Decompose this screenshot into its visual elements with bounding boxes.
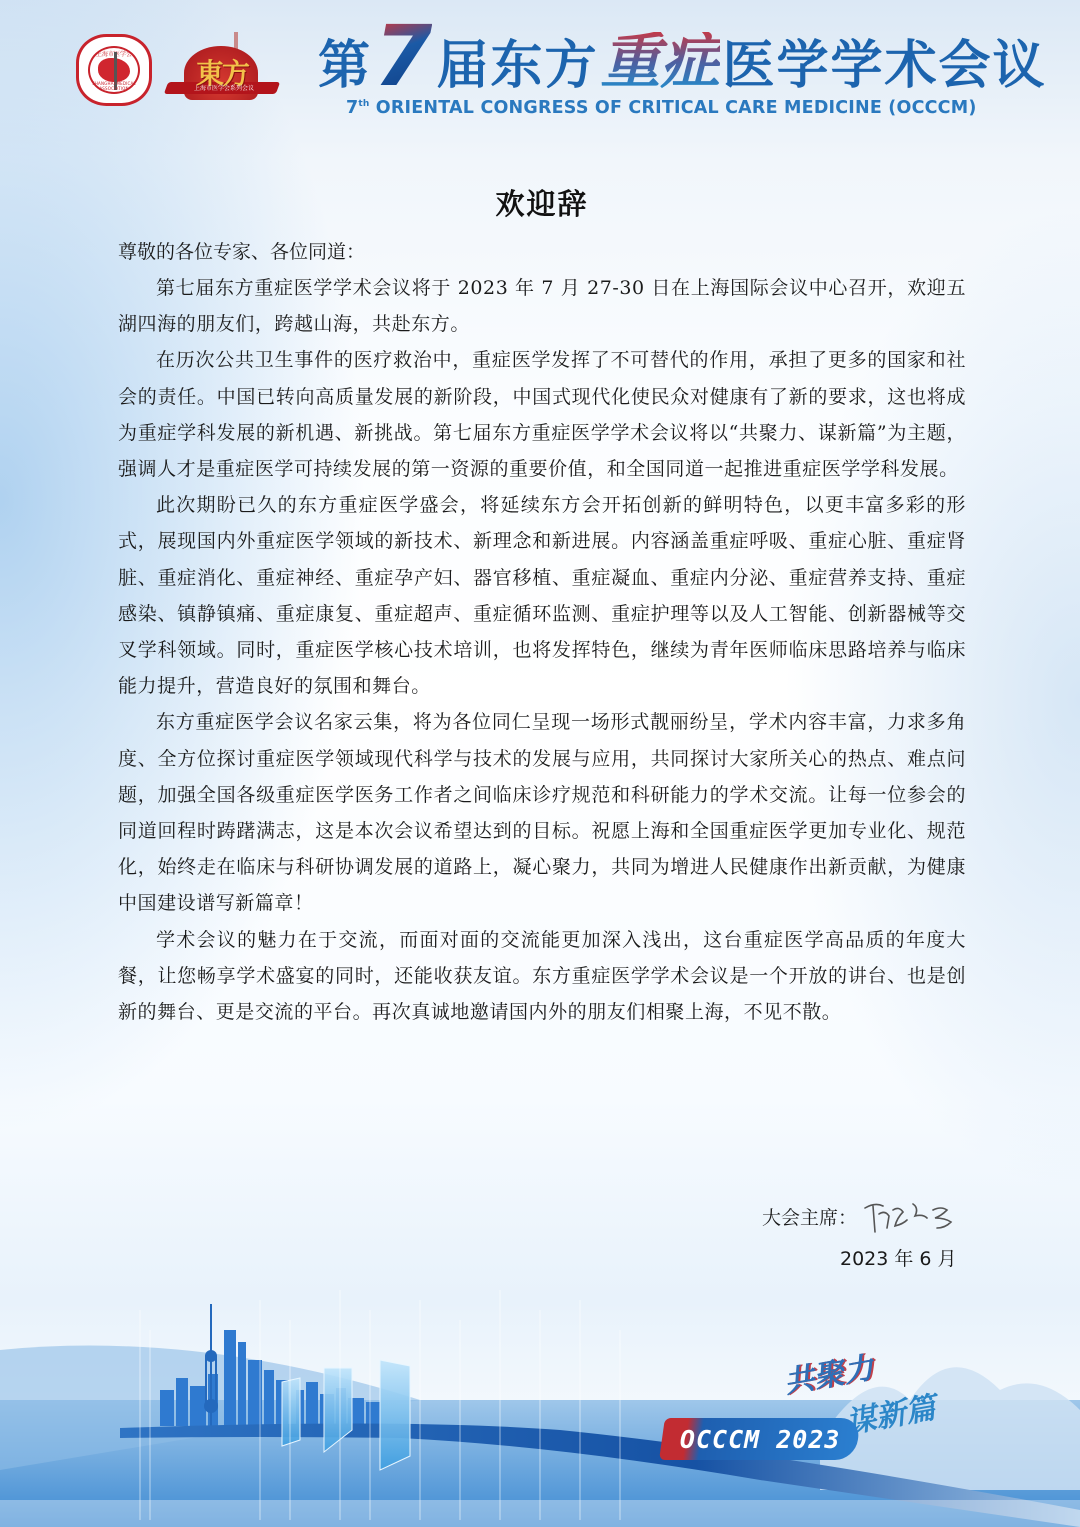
title-number: 7: [374, 21, 432, 92]
letter-date: 2023 年 6 月: [840, 1244, 992, 1271]
title-en-number: 7: [346, 98, 358, 118]
title-mid: 届东方: [436, 40, 598, 92]
title-brush-chars: 重症: [600, 32, 720, 92]
badge-text: OCCCM 2023: [680, 1425, 841, 1454]
logo-emblem: 上海市医学会 SHANGHAI MEDICAL ASSOCIATION: [88, 46, 140, 94]
letter-title: 欢迎辞: [118, 182, 966, 223]
title-prefix: 第: [318, 40, 372, 92]
conference-title-en: 7th ORIENTAL CONGRESS OF CRITICAL CARE M…: [346, 98, 977, 118]
welcome-letter: 欢迎辞 尊敬的各位专家、各位同道： 第七届东方重症医学学术会议将于 2023 年…: [118, 182, 966, 1030]
paragraph-1: 第七届东方重症医学学术会议将于 2023 年 7 月 27-30 日在上海国际会…: [118, 270, 966, 342]
dongfang-conference-logo: 東方 上海市医学会系列会议: [162, 32, 282, 104]
logo-subtitle: 上海市医学会系列会议: [174, 83, 274, 92]
title-suffix: 医学学术会议: [722, 40, 1046, 92]
signature-label: 大会主席：: [762, 1203, 857, 1230]
page-header: 上海市医学会 SHANGHAI MEDICAL ASSOCIATION 東方 上…: [0, 0, 1080, 140]
occcm-2023-badge: OCCCM 2023: [659, 1418, 861, 1460]
paragraph-3: 此次期盼已久的东方重症医学盛会，将延续东方会开拓创新的鲜明特色，以更丰富多彩的形…: [118, 487, 966, 704]
signature-block: 大会主席： 2023 年 6 月: [762, 1196, 992, 1271]
title-en-text: ORIENTAL CONGRESS OF CRITICAL CARE MEDIC…: [370, 98, 977, 118]
paragraph-5: 学术会议的魅力在于交流，而面对面的交流能更加深入浅出，这台重症医学高品质的年度大…: [118, 922, 966, 1031]
shanghai-medical-association-logo: 上海市医学会 SHANGHAI MEDICAL ASSOCIATION: [76, 34, 152, 106]
logo-ring-text-en: SHANGHAI MEDICAL ASSOCIATION: [90, 81, 138, 91]
conference-title-cn: 第 7 届东方 重症 医学学术会议: [318, 26, 1047, 92]
handwritten-signature-icon: [861, 1196, 971, 1236]
signature-line: 大会主席：: [762, 1196, 992, 1236]
title-en-ordinal: th: [358, 99, 369, 109]
salutation: 尊敬的各位专家、各位同道：: [118, 234, 966, 270]
paragraph-4: 东方重症医学会议名家云集，将为各位同仁呈现一场形式靓丽纷呈，学术内容丰富，力求多…: [118, 704, 966, 921]
paragraph-2: 在历次公共卫生事件的医疗救治中，重症医学发挥了不可替代的作用，承担了更多的国家和…: [118, 342, 966, 487]
